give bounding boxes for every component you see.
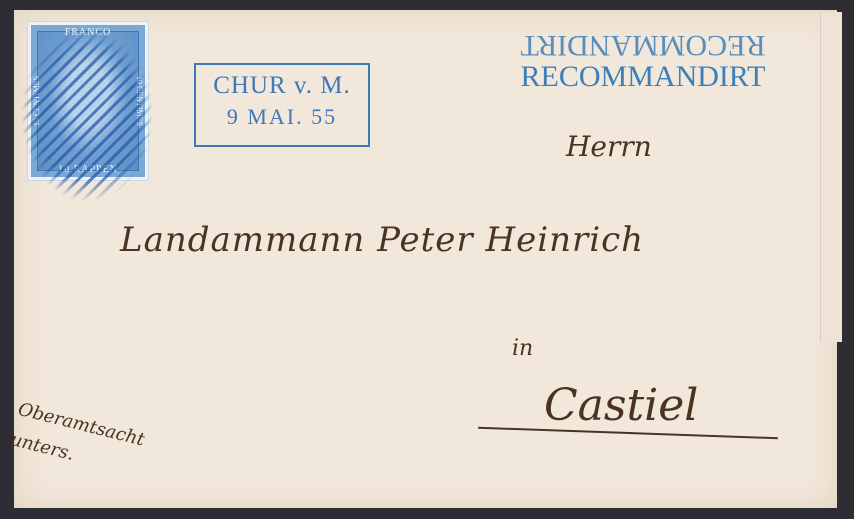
registration-inverted-strike: RECOMMANDIRT bbox=[496, 30, 790, 60]
registration-handstamp: RECOMMANDIRT RECOMMANDIRT bbox=[496, 30, 790, 92]
postmark-date: 9 MAI. 55 bbox=[196, 106, 368, 128]
postmark-town: CHUR v. M. bbox=[196, 73, 368, 98]
address-recipient: Landammann Peter Heinrich bbox=[120, 220, 644, 260]
address-town: Castiel bbox=[544, 380, 698, 431]
chur-postmark: CHUR v. M. 9 MAI. 55 bbox=[194, 63, 370, 147]
address-salutation: Herrn bbox=[566, 130, 652, 163]
cover-back-flap bbox=[820, 12, 842, 342]
registration-strike: RECOMMANDIRT bbox=[496, 62, 790, 92]
grid-cancel-mark bbox=[22, 30, 152, 200]
address-preposition: in bbox=[512, 336, 533, 361]
